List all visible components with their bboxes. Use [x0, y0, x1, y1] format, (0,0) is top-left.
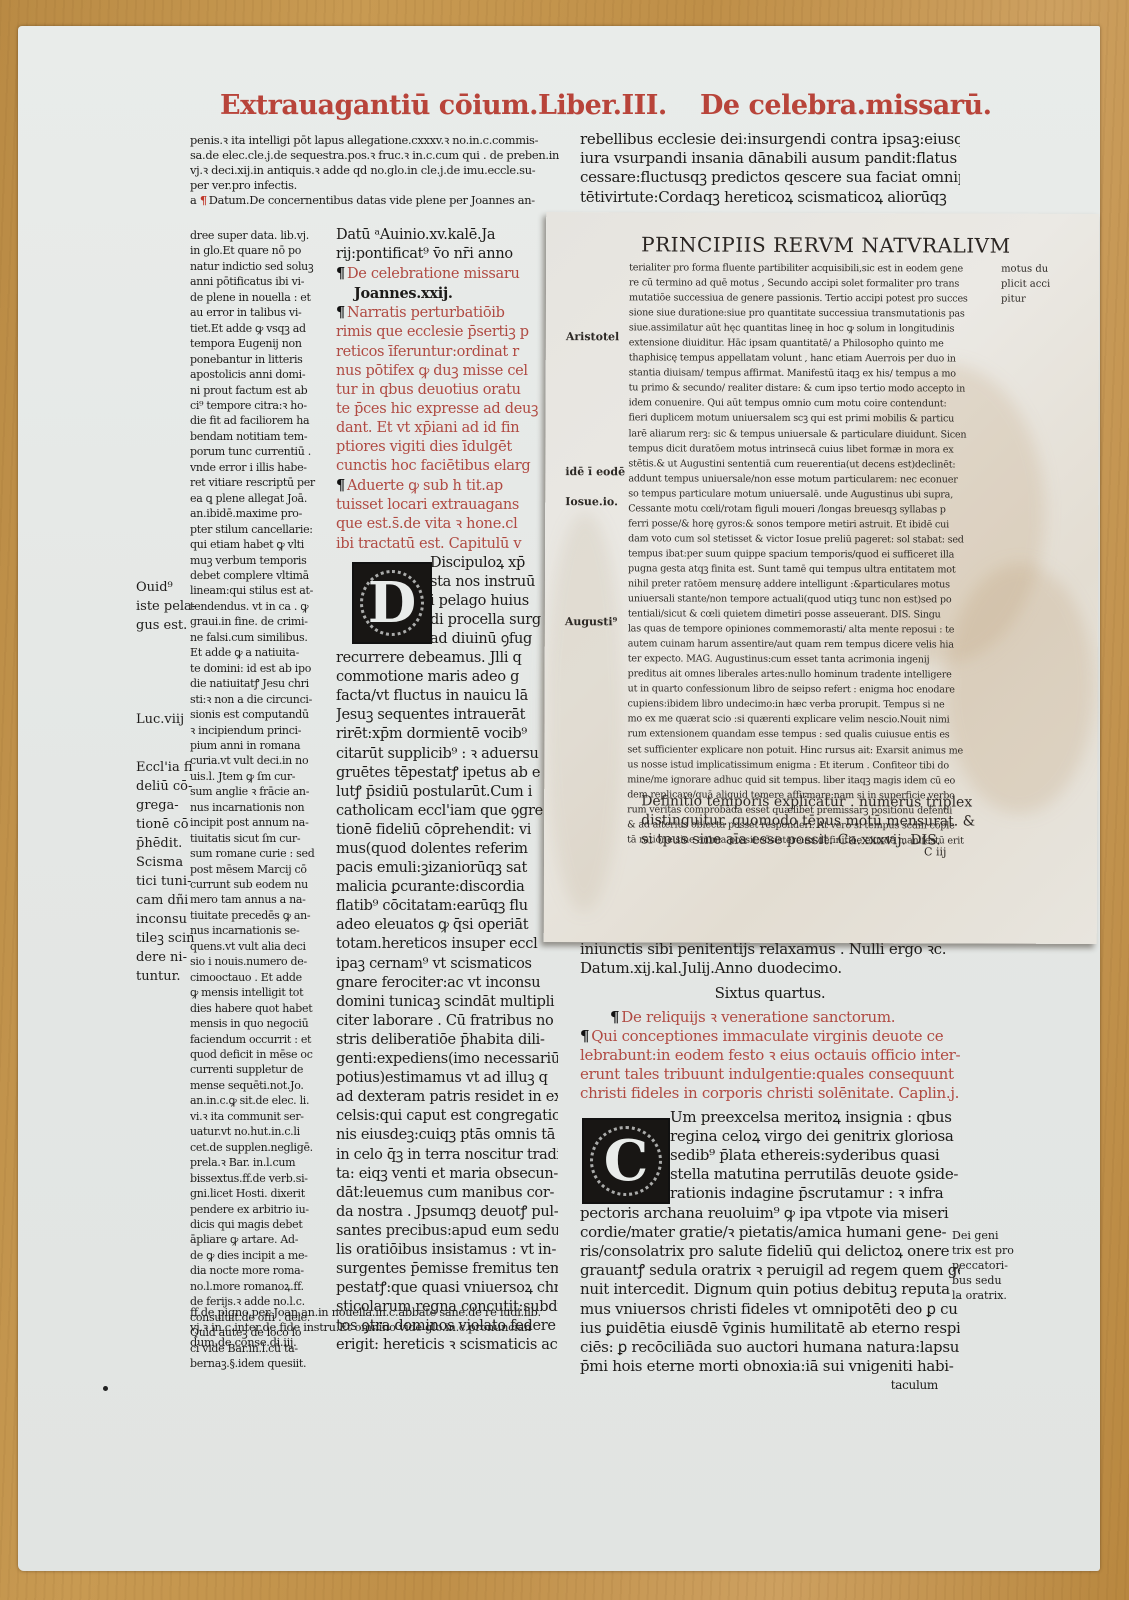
text-line: prela.ꝛ Bar. in.l.cum [190, 1155, 340, 1170]
text-line: an.ibidē.maxime pro- [190, 506, 340, 521]
text-line: catholicam eccl'iam que ꝯgre [336, 802, 558, 821]
text-line: rationis indagine p̄scrutamur : ꝛ infra [670, 1184, 960, 1203]
text-line: rirēt:xp̄m dormientē vocib⁹ [336, 725, 558, 744]
text-line: cessare:fluctusqꝫ predictos qescere sua … [580, 168, 960, 187]
text-line: preditus ait omnes liberales artes:nullo… [628, 667, 998, 683]
text-line: in glo.Et quare nō po [190, 243, 340, 258]
text-line: citer laborare . Cū fratribus no [336, 1012, 558, 1031]
text-line: curia.vt vult deci.in no [190, 753, 340, 768]
text-line: la oratrix. [952, 1288, 1022, 1303]
text-line: distinguitur. quomodo tēpus motū mensura… [641, 811, 1001, 831]
text-line: dies habere quot habet [190, 1001, 340, 1016]
text-line: no.l.more romanoꝝ.ff. [190, 1279, 340, 1294]
text-line: pugna gesta atqꝫ finita est. Sunt tamē q… [628, 561, 998, 577]
text-line: Cessante motu cœli/rotam figuli moueri /… [628, 501, 998, 517]
text-line: inconsu [136, 910, 206, 929]
text-line: tur in qbus deuotius oratu [336, 381, 558, 400]
text-line: Et adde ꝙ a natiuita- [190, 645, 340, 660]
text-line: Ouid⁹ [136, 578, 206, 597]
text-line: quens.vt vult alia deci [190, 939, 340, 954]
text-line: muꝫ verbum temporis [190, 553, 340, 568]
text-line: adeo eleuatos ꝙ q̄si operiāt [336, 916, 558, 935]
text-line: extensione diuiditur. Hāc ipsam quantita… [629, 336, 999, 352]
ink-spot [103, 1386, 108, 1391]
text-line: stantia diuisam/ tempus affirmat. Manife… [629, 366, 999, 382]
text-line: currunt sub eodem nu [190, 877, 340, 892]
text-line: tionē fideliū cōprehendit: vi [336, 821, 558, 840]
text-line: tiuitatis sicut ſm cur- [190, 831, 340, 846]
rubric-heading: De celebratione missaru [347, 266, 520, 282]
right-margin-note: Dei genitrix est propeccatori-bus sedula… [952, 1228, 1022, 1303]
text-line: ipaꝫ cernam⁹ vt scismaticos [336, 955, 558, 974]
text-line: tendendus. vt in ca . ꝙ [190, 599, 340, 614]
text-line: gnare ferociter:ac vt inconsu [336, 974, 558, 993]
text-line: malicia ꝑcurante:discordia [336, 878, 558, 897]
text-line: per ver.pro infectis. [190, 178, 570, 193]
datum-line: Datū ᵃAuinio.xv.kalē.Ja [336, 226, 558, 245]
text-line: ¶Qui conceptiones immaculate virginis de… [580, 1027, 960, 1046]
text-line: facta/vt fluctus in nauicu lā [336, 687, 558, 706]
text-line: tentiali/sicut & cœli quietem dimetiri p… [628, 606, 998, 622]
text-line: sio i nouis.numero de- [190, 954, 340, 969]
text-line: nus pōtifex ꝙ duꝫ misse cel [336, 362, 558, 381]
rubric-paragraph: ¶Narratis perturbatiōibrimis que ecclesi… [336, 303, 558, 476]
text-line: cunctis hoc faciētibus elarg [336, 457, 558, 476]
margin-note: idē ī eodē [565, 465, 625, 478]
text-line: āpliare ꝙ artare. Ad- [190, 1232, 340, 1247]
gloss-datum-line: a ¶Datum.De concernentibus datas vide pl… [190, 193, 570, 208]
text-line: cupiens:ibidem libro undecimo:in hæc ver… [628, 697, 998, 713]
text-line: cet.de supplen.negligē. [190, 1140, 340, 1155]
text-line: sedib⁹ p̄lata ethereis:syderibus quasi [670, 1146, 960, 1165]
text-line: si tpus sine aīa esse possit. Ca.xxxvij.… [641, 830, 1001, 850]
text-line: commotione maris adeo g [336, 668, 558, 687]
text-line: dree super data. lib.vj. [190, 228, 340, 243]
text-line: citarūt supplicib⁹ : ꝛ aduersu [336, 745, 558, 764]
gloss-column: dree super data. lib.vj.in glo.Et quare … [190, 228, 340, 1372]
rubric-note: ¶Aduerte ꝙ sub h tit.aptuisset locari ex… [336, 476, 558, 553]
text-line: ta: eiqꝫ venti et maria obsecun- [336, 1165, 558, 1184]
text-line: reticos īferuntur:ordinat r [336, 343, 558, 362]
main-text: recurrere debeamus. Jlli qcommotione mar… [336, 649, 558, 1355]
text-line: ea ꝗ plene allegat Joā. [190, 491, 340, 506]
margin-note: Iosue.io. [565, 495, 618, 508]
text-line: uatur.vt no.hut.in.c.li [190, 1124, 340, 1139]
text-line: qui etiam habet ꝙ vlti [190, 537, 340, 552]
floral-ornament-icon [360, 570, 424, 636]
text-line: vi.ꝛ ita communit ser- [190, 1109, 340, 1124]
text-line: die fit ad faciliorem ha [190, 413, 340, 428]
text-line: plicit acci [1001, 277, 1081, 292]
text-line: sti:ꝛ non a die circunci- [190, 692, 340, 707]
text-line: post mēsem Marcij cō [190, 862, 340, 877]
pilcrow-icon: ¶ [610, 1008, 619, 1026]
text-line: incipit post annum na- [190, 815, 340, 830]
text-line: pter stilum cancellarie: [190, 522, 340, 537]
text-line: stētis.& ut Augustini sententiā cum reue… [628, 456, 998, 472]
gloss-top-block: penis.ꝛ ita intelligi pōt lapus allegati… [190, 133, 570, 208]
text-line: cimooctauo . Et adde [190, 970, 340, 985]
text-line: idem conuenire. Qui aūt tempus omnio cum… [629, 396, 999, 412]
text-line: sa.de elec.cle.j.de sequestra.pos.ꝛ fruc… [190, 148, 570, 163]
text-line: mus(quod dolentes referim [336, 840, 558, 859]
text-line: ci⁹ tempore citra:ꝛ ho- [190, 398, 340, 413]
text-line: set sufficienter explicare non potuit. H… [627, 742, 997, 758]
text-line: graui.in fine. de crimi- [190, 614, 340, 629]
text-line: Discipuloꝝ xp̄ [430, 554, 558, 573]
text-line: uis.l. Jtem ꝙ ſm cur- [190, 769, 340, 784]
text-line: ut in quarto confessionum libro de seips… [628, 682, 998, 698]
text-line: de ꝙ dies incipit a me- [190, 1248, 340, 1263]
text-line: bendam notitiam tem- [190, 429, 340, 444]
text-line: quod deficit in mēse oc [190, 1047, 340, 1062]
text-line: Um preexcelsa meritoꝝ insignia : qbus [670, 1108, 960, 1127]
text-line: dere ni- [136, 948, 206, 967]
running-head-right: De celebra.missarū. [700, 90, 992, 121]
text-line: regina celoꝝ virgo dei genitrix gloriosa [670, 1127, 960, 1146]
running-title: PRINCIPIIS RERVM NATVRALIVM [641, 232, 1011, 257]
text-line: mensis in quo negociū [190, 1016, 340, 1031]
text-line: rimis que ecclesie p̄sertiꝫ p [336, 323, 558, 342]
text-line: ponebantur in litteris [190, 352, 340, 367]
text-line: gus est. [136, 616, 206, 635]
overlay-body-text: terialiter pro forma fluente partibilite… [627, 260, 999, 848]
text-line: motus du [1001, 262, 1081, 277]
text-line: bus sedu [952, 1273, 1022, 1288]
text-line: tempus dicit duratōem motus intrinsecā c… [628, 441, 998, 457]
floral-ornament-icon [590, 1126, 662, 1196]
text-line: natur indictio sed soluꝫ [190, 259, 340, 274]
text-line: cam dñi [136, 891, 206, 910]
text-line: bissextus.ff.de verb.si- [190, 1171, 340, 1186]
text-line: nus incarnationis se- [190, 923, 340, 938]
text-line: porum tunc currentiū . [190, 444, 340, 459]
margin-note: Eccl'ia fideliū cō-grega-tionē cōp̄hēdit… [136, 758, 206, 986]
text-line: Eccl'ia fi [136, 758, 206, 777]
text-line: ni prout factum est ab [190, 383, 340, 398]
text-line: gruētes tēpestatꝭ ipetus ab e [336, 764, 558, 783]
text-line: tempus ibat:per suum quippe spacium temp… [628, 546, 998, 562]
text-line: dāt:leuemus cum manibus cor- [336, 1184, 558, 1203]
pilcrow-icon: ¶ [580, 1027, 589, 1045]
text-line: de plene in nouella : et [190, 290, 340, 305]
pilcrow-icon: ¶ [336, 265, 345, 282]
text-line: Datum.xij.kal.Julij.Anno duodecimo. [580, 959, 960, 978]
text-line: ꝛ incipiendum princi- [190, 723, 340, 738]
text-line: rebellibus ecclesie dei:insurgendi contr… [580, 130, 960, 149]
text-line: nihil preter ratōem mensurę addere intel… [628, 576, 998, 592]
pope-name: Sixtus quartus. [580, 984, 960, 1003]
text-line: die natiuitatꝭ Jesu chri [190, 676, 340, 691]
text-line: da nostra . Jpsumqꝫ deuotꝭ pul- [336, 1203, 558, 1222]
text-line: sum anglie ꝛ frācie an- [190, 784, 340, 799]
right-column-top: rebellibus ecclesie dei:insurgendi contr… [580, 130, 960, 207]
rubric-title: De reliquijs ꝛ veneratione sanctorum. [621, 1008, 895, 1026]
text-line: i pelago huius [430, 592, 558, 611]
text-line: penis.ꝛ ita intelligi pōt lapus allegati… [190, 133, 570, 148]
overlay-book-leaf: PRINCIPIIS RERVM NATVRALIVM terialiter p… [544, 212, 1100, 944]
main-text: pectoris archana reuoluim⁹ ꝙ ipa vtpote … [580, 1204, 960, 1377]
margin-note: Aristotel [566, 330, 619, 343]
text-line: ꝙ mensis intelligit tot [190, 985, 340, 1000]
text-line: sum romane curie : sed [190, 846, 340, 861]
text-line: peccatori- [952, 1258, 1022, 1273]
text-line: erunt tales tribuunt indulgentie:quales … [580, 1065, 960, 1084]
text-line: grauantꝭ sedula oratrix ꝛ peruigil ad re… [580, 1261, 960, 1280]
text-line: stris deliberatiōe p̄habita dili- [336, 1031, 558, 1050]
text-line: pium anni in romana [190, 738, 340, 753]
text-line: pendere ex arbitrio iu- [190, 1202, 340, 1217]
text-line: tuntur. [136, 967, 206, 986]
text-line: tileꝫ scin [136, 929, 206, 948]
running-head-left: Extrauagantiū cōium.Liber.III. [220, 90, 667, 121]
text-line: addunt tempus uniuersale/non esse motum … [628, 471, 998, 487]
decorated-initial-c: C [582, 1118, 670, 1204]
text-line: nus incarnationis non [190, 800, 340, 815]
text-line: ptiores vigiti dies īdulgēt [336, 438, 558, 457]
text-line: tempora Eugenij non [190, 336, 340, 351]
text-line: p̄hēdit. [136, 834, 206, 853]
text-line: tos ꝯtra dominos violato federe [336, 1317, 558, 1336]
text-line: dam voto cum sol stetisset & victor Iosu… [628, 531, 998, 547]
text-line: larē aliarum rerꝫ: sic & tempus uniuersa… [628, 426, 998, 442]
text-line: ¶Aduerte ꝙ sub h tit.ap [336, 476, 558, 496]
text-line: sione siue duratione:siue pro quantitate… [629, 305, 999, 321]
text-line: pectoris archana reuoluim⁹ ꝙ ipa vtpote … [580, 1204, 960, 1223]
text-line: dia nocte more roma- [190, 1263, 340, 1278]
text-line: surgentes p̄emisse fremitus tem [336, 1260, 558, 1279]
text-line: lineam:qui stilus est at- [190, 583, 340, 598]
text-line: mense sequēti.not.Jo. [190, 1078, 340, 1093]
text-line: apostolicis anni domi- [190, 367, 340, 382]
text-line: nis eiusdeꝫ:cuiqꝫ ptās omnis tā [336, 1126, 558, 1145]
text-line: recurrere debeamus. Jlli q [336, 649, 558, 668]
text-line: flatib⁹ cōcitatam:earūqꝫ flu [336, 897, 558, 916]
text-line: vnde error i illis habe- [190, 460, 340, 475]
text-line: iste pela- [136, 597, 206, 616]
text-line: tētivirtute:Cordaqꝫ hereticoꝝ scismatico… [580, 188, 960, 207]
text-line: potius)estimamus vt ad illuꝫ q [336, 1069, 558, 1088]
text-line: mus vniuersos christi fideles vt omnipot… [580, 1300, 960, 1319]
text-line: grega- [136, 796, 206, 815]
margin-note: Augusti⁹ [565, 615, 618, 628]
text-line: ad diuinū ꝯfug [430, 630, 558, 649]
pilcrow-icon: ¶ [200, 193, 207, 207]
text-line: mo ex me quærat scio :si quærenti explic… [627, 712, 997, 728]
text-line: ciēs: ꝑ recōciliāda suo auctori humana n… [580, 1338, 960, 1357]
text-line: pestatꝭ:que quasi vniuersoꝝ chri [336, 1279, 558, 1298]
text-line: deliū cō- [136, 777, 206, 796]
text-line: ne falsi.cum similibus. [190, 630, 340, 645]
text-line: faciendum occurrit : et [190, 1032, 340, 1047]
text-line: di procella surg [430, 611, 558, 630]
text-line: autem cuinam harum assentire/aut quam re… [628, 636, 998, 652]
text-line: lutꝭ p̄sidiū postularūt.Cum i [336, 783, 558, 802]
text-line: terialiter pro forma fluente partibilite… [629, 260, 999, 276]
text-line: in celo q̄ꝫ in terra noscitur tradi- [336, 1146, 558, 1165]
text-line: dant. Et vt xp̄iani ad id fin [336, 419, 558, 438]
text-line: siue.assimilatur aūt hęc quantitas lineę… [629, 321, 999, 337]
right-margin-note: motus duplicit accipitur [1001, 262, 1081, 307]
text-line: currenti suppletur de [190, 1062, 340, 1077]
text-line: mine/me ignorare adhuc quid sit tempus. … [627, 772, 997, 788]
text-line: te domini: id est ab ipo [190, 661, 340, 676]
text-line: au error in talibus vi- [190, 305, 340, 320]
text-line: tionē cō [136, 815, 206, 834]
text-line: trix est pro [952, 1243, 1022, 1258]
pope-name: Joannes.xxij. [336, 284, 558, 303]
text-line: lis oratiōibus insistamus : vt in- [336, 1241, 558, 1260]
text-line: que est.s̄.de vita ꝛ hone.cl [336, 515, 558, 534]
signature-mark: C iij [924, 845, 946, 858]
text-line: ter expecto. MAG. Augustinus:cum esset t… [628, 652, 998, 668]
text-line: las quas de tempore opiniones commemoras… [628, 621, 998, 637]
text-line: iura vsurpandi insania dānabili ausum pa… [580, 149, 960, 168]
text-line: uniuersali stante/non tempore actuali(qu… [628, 591, 998, 607]
text-line: ibi tractatū est. Capitulū v [336, 535, 558, 554]
text-line: gni.licet Hosti. dixerit [190, 1186, 340, 1201]
chapter-summary: Definitio temporis explicatur . numerus … [641, 792, 1001, 850]
text-line: te p̄ces hic expresse ad deuꝫ [336, 400, 558, 419]
text-line: domini tunicaꝫ scindāt multipli [336, 993, 558, 1012]
text-line: ret vitiare rescriptū per [190, 475, 340, 490]
text-line: sticolarum regna concutit:subdi [336, 1298, 558, 1317]
text-line: dicis qui magis debet [190, 1217, 340, 1232]
text-line: anni pōtificatus ibi vi- [190, 274, 340, 289]
text-line: cordie/mater gratie/ꝛ pietatis/amica hum… [580, 1223, 960, 1242]
edge-stain [544, 512, 625, 912]
gloss-marker: a [190, 193, 197, 207]
margin-note: Ouid⁹iste pela-gus est. [136, 578, 206, 635]
text-line: erigit: hereticis ꝛ scismaticis ac [336, 1336, 558, 1355]
text-line: Luc.viij [136, 710, 206, 729]
text-line: vj.ꝛ deci.xij.in antiquis.ꝛ adde qd no.g… [190, 163, 570, 178]
text-line: debet complere vltimā [190, 568, 340, 583]
text-line: thaphisicę tempus appellatam volunt , ha… [629, 351, 999, 367]
datum-line: rij:pontificat⁹ v̄o nr̄i anno [336, 245, 558, 264]
text-line: Scisma [136, 853, 206, 872]
text-line: ferri posse/& horę gyros:& sonos tempore… [628, 516, 998, 532]
text-line: tici tuni- [136, 872, 206, 891]
text-line: ius ꝑuidētia eiusdē v̄ginis humilitatē a… [580, 1319, 960, 1338]
text-line: ¶Narratis perturbatiōib [336, 303, 558, 323]
pilcrow-icon: ¶ [336, 477, 345, 494]
catchword: taculum [580, 1376, 960, 1395]
text-line: bernaꝫ.§.idem quesiit. [190, 1356, 340, 1371]
text-line: nuit intercedit. Dignum quin potius debi… [580, 1280, 960, 1299]
text-line: Dei geni [952, 1228, 1022, 1243]
text-line: re cū termino ad quē motus , Secundo acc… [629, 275, 999, 291]
text-line: rum extensionem quandam esse tempus : se… [627, 727, 997, 743]
text-line: sta nos instruū [430, 573, 558, 592]
text-line: sionis est computandū [190, 707, 340, 722]
text-line: mutatiōe successiua de genere passionis.… [629, 290, 999, 306]
pilcrow-icon: ¶ [336, 304, 345, 321]
text-line: ris/consolatrix pro salute fideliū qui d… [580, 1242, 960, 1261]
text-line: tiuitate precedēs ꝙ an- [190, 908, 340, 923]
main-text-column: Datū ᵃAuinio.xv.kalē.Ja rij:pontificat⁹ … [336, 226, 558, 1356]
text-line: pitur [1001, 292, 1081, 307]
text-line: santes precibus:apud eum sedu [336, 1222, 558, 1241]
text-line: stella matutina perrutilās deuote ꝯside- [670, 1165, 960, 1184]
text-line: fieri duplicem motum uniuersalem scꝫ qui… [629, 411, 999, 427]
text-line: us nosse istud implicatissimum enigma : … [627, 757, 997, 773]
text-line: an.in.c.ꝙ sit.de elec. li. [190, 1093, 340, 1108]
margin-note: Luc.viij [136, 710, 206, 729]
text-line: Jesuꝫ sequentes intrauerāt [336, 706, 558, 725]
text-line: ad dexteram patris residet in ex- [336, 1088, 558, 1107]
rubric-paragraph: ¶Qui conceptiones immaculate virginis de… [580, 1027, 960, 1104]
text-line: mero tam annus a na- [190, 892, 340, 907]
text-line: tiet.Et adde ꝙ vsqꝫ ad [190, 321, 340, 336]
text-line: celsis:qui caput est congregatio- [336, 1107, 558, 1126]
text-line: tuisset locari extrauagans [336, 496, 558, 515]
text-line: p̄mi hois eterne morti obnoxia:iā sui vn… [580, 1357, 960, 1376]
text-line: pacis emuli:ꝫizaniorūqꝫ sat [336, 859, 558, 878]
text-line: totam.hereticos insuper eccl [336, 935, 558, 954]
text-line: genti:expediens(imo necessariū [336, 1050, 558, 1069]
text-line: tu primo & secundo/ realiter distare: & … [629, 381, 999, 397]
text-line: Definitio temporis explicatur . numerus … [641, 792, 1001, 812]
text-line: so tempus particulare motum uniuersalē. … [628, 486, 998, 502]
text-line: christi fideles in corporis christi solē… [580, 1084, 960, 1103]
text-line: lebrabunt:in eodem festo ꝛ eius octauis … [580, 1046, 960, 1065]
decorated-initial-d: D [352, 562, 432, 644]
